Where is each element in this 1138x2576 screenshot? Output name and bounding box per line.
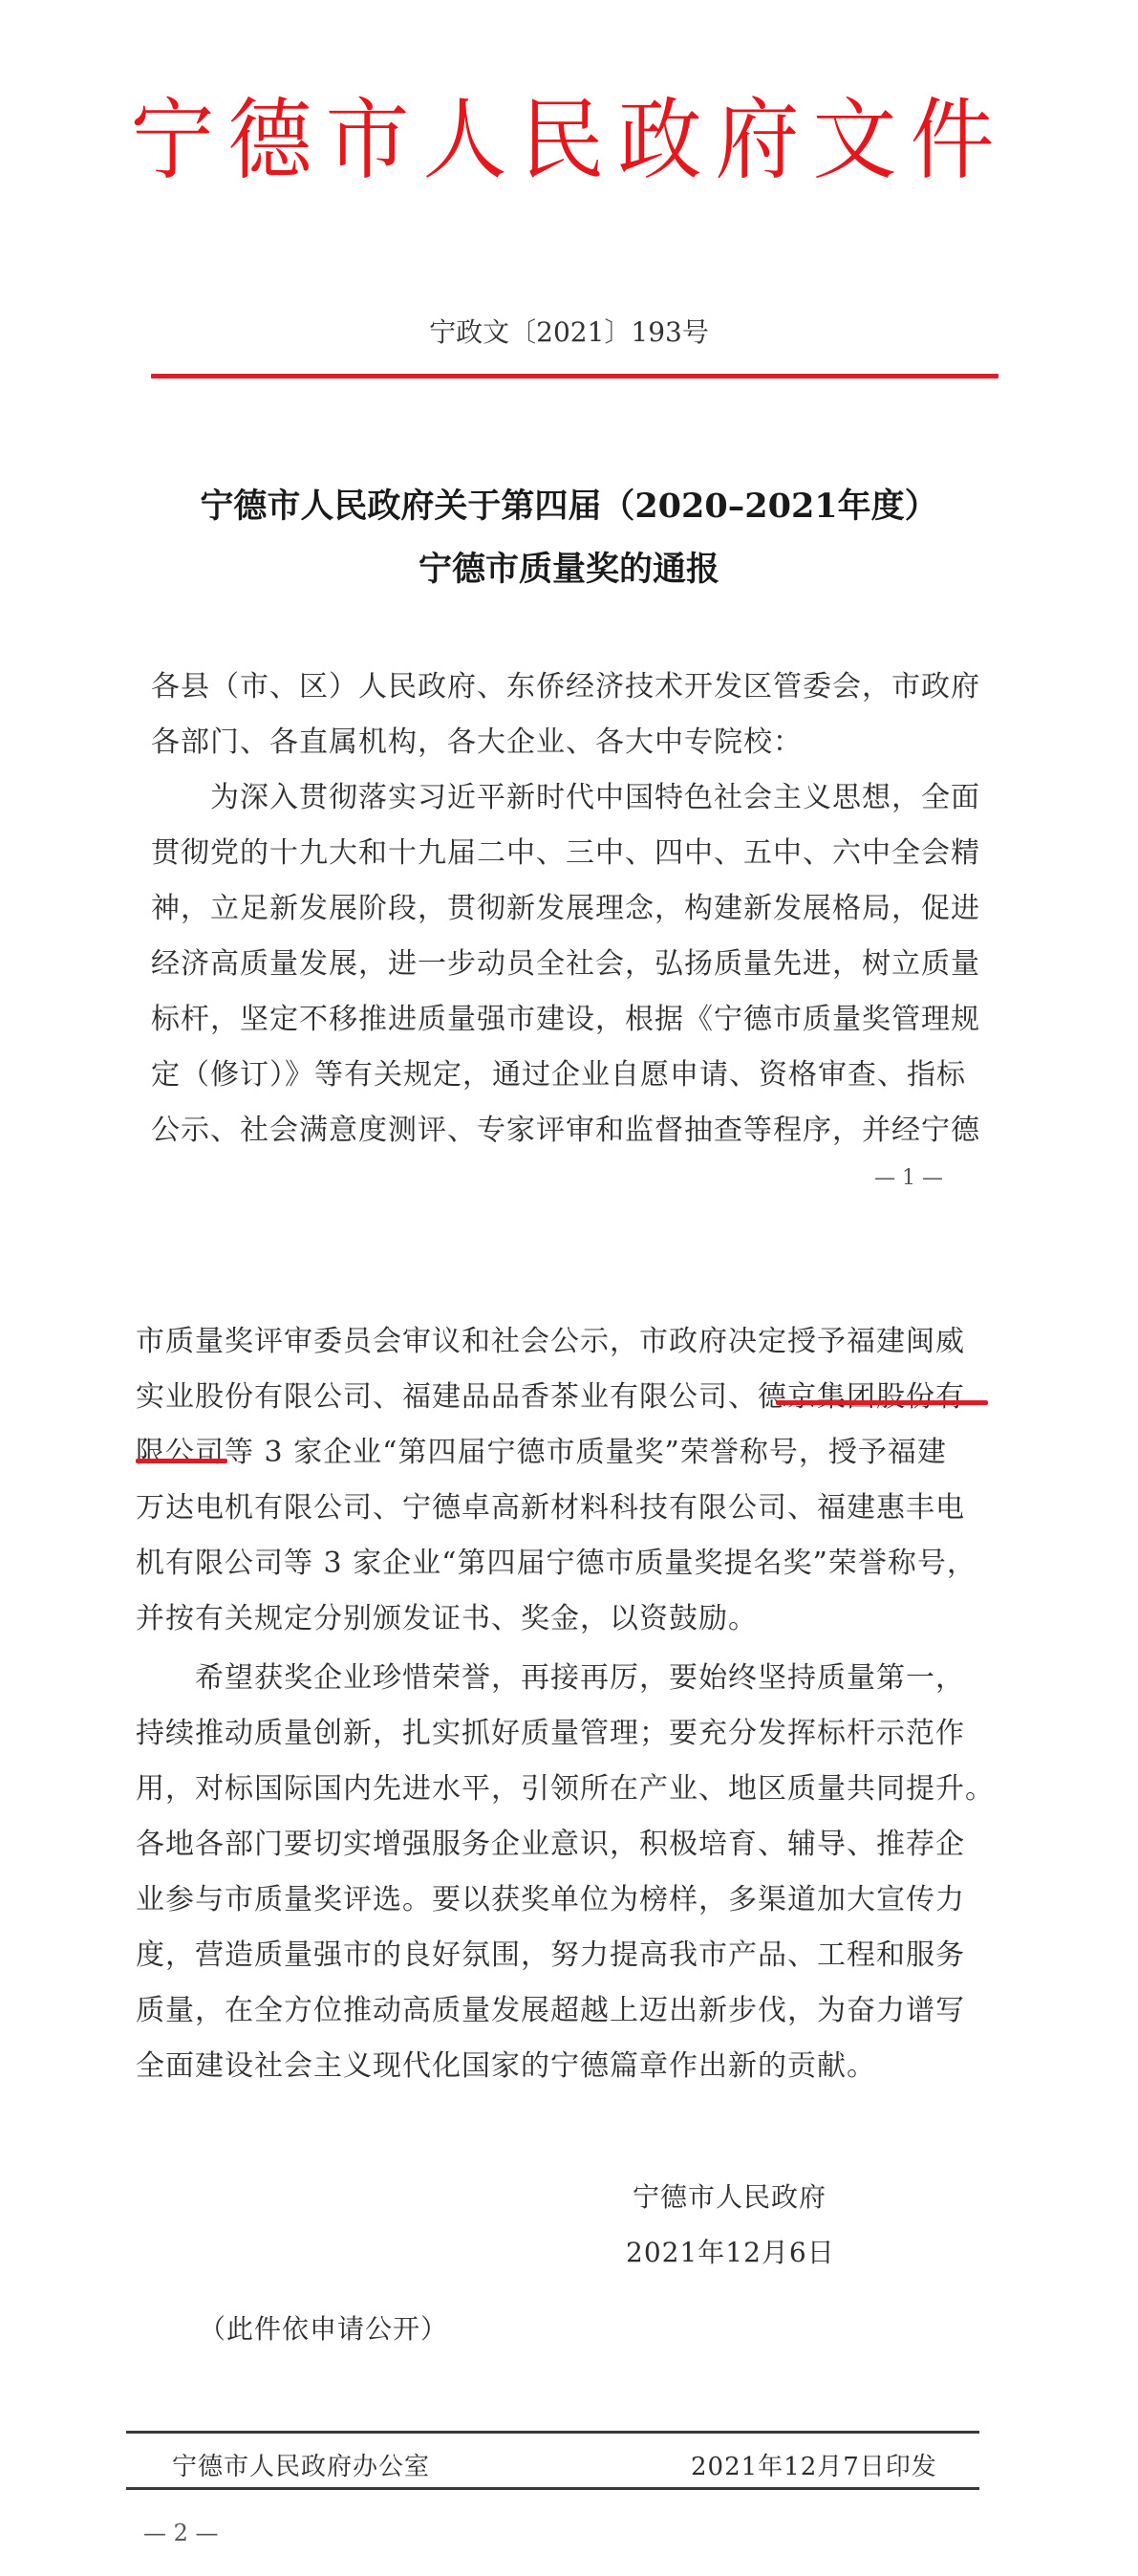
text-line: 公示、社会满意度测评、专家评审和监督抽查等程序，并经宁德 xyxy=(151,1103,992,1158)
document-number: 宁政文〔2021〕193号 xyxy=(0,314,1138,352)
signature-date: 2021年12月6日 xyxy=(626,2225,835,2281)
text-line: 各县（市、区）人民政府、东侨经济技术开发区管委会，市政府 xyxy=(151,660,992,715)
text-line: 度，营造质量强市的良好氛围，努力提高我市产品、工程和服务 xyxy=(136,1928,996,1983)
footer-print-date: 2021年12月7日印发 xyxy=(691,2445,937,2489)
text-line: 限公司等 3 家企业“第四届宁德市质量奖”荣誉称号，授予福建 xyxy=(136,1425,996,1481)
page-2-body: 市质量奖评审委员会审议和社会公示，市政府决定授予福建闽威 实业股份有限公司、福建… xyxy=(136,1314,996,2094)
text-line: 万达电机有限公司、宁德卓高新材料科技有限公司、福建惠丰电 xyxy=(136,1481,996,1536)
highlight-underline-company-part-2 xyxy=(136,1459,227,1463)
disclosure-note: （此件依申请公开） xyxy=(199,2302,448,2357)
text-line: 并按有关规定分别颁发证书、奖金，以资鼓励。 xyxy=(136,1591,996,1647)
text-line: 神，立足新发展阶段，贯彻新发展理念，构建新发展格局，促进 xyxy=(151,881,992,937)
text-line: 用，对标国际国内先进水平，引领所在产业、地区质量共同提升。 xyxy=(136,1762,996,1817)
text-line: 全面建设社会主义现代化国家的宁德篇章作出新的贡献。 xyxy=(136,2039,996,2094)
highlight-underline-company-part-1 xyxy=(776,1400,988,1405)
text-line: 机有限公司等 3 家企业“第四届宁德市质量奖提名奖”荣誉称号， xyxy=(136,1536,996,1591)
text-line: 持续推动质量创新，扎实抓好质量管理；要充分发挥标杆示范作 xyxy=(136,1706,996,1762)
text-line: 贯彻党的十九大和十九届二中、三中、四中、五中、六中全会精 xyxy=(151,826,992,881)
footer-office: 宁德市人民政府办公室 xyxy=(172,2445,430,2489)
text-line: 质量，在全方位推动高质量发展超越上迈出新步伐，为奋力谱写 xyxy=(136,1983,996,2039)
signature-issuer: 宁德市人民政府 xyxy=(633,2170,827,2225)
text-line: 实业股份有限公司、福建品品香茶业有限公司、德京集团股份有 xyxy=(136,1370,996,1425)
red-divider xyxy=(151,374,998,379)
text-line: 为深入贯彻落实习近平新时代中国特色社会主义思想，全面 xyxy=(151,770,992,826)
text-line: 各部门、各直属机构，各大企业、各大中专院校： xyxy=(151,715,992,770)
footer-rule-bottom xyxy=(126,2487,979,2490)
letterhead-title: 宁德市人民政府文件 xyxy=(0,85,1138,196)
text-line: 经济高质量发展，进一步动员全社会，弘扬质量先进，树立质量 xyxy=(151,937,992,992)
footer-rule-top xyxy=(126,2431,979,2434)
page-1-body: 各县（市、区）人民政府、东侨经济技术开发区管委会，市政府 各部门、各直属机构，各… xyxy=(151,660,992,1158)
notice-heading-line-1: 宁德市人民政府关于第四届（2020–2021年度） xyxy=(0,474,1138,539)
page-number-2: — 2 — xyxy=(143,2519,219,2547)
text-line: 标杆，坚定不移推进质量强市建设，根据《宁德市质量奖管理规 xyxy=(151,992,992,1048)
text-line: 业参与市质量奖评选。要以获奖单位为榜样，多渠道加大宣传力 xyxy=(136,1872,996,1928)
text-line: 市质量奖评审委员会审议和社会公示，市政府决定授予福建闽威 xyxy=(136,1314,996,1370)
text-line: 定（修订）》等有关规定，通过企业自愿申请、资格审查、指标 xyxy=(151,1048,992,1103)
text-line: 各地各部门要切实增强服务企业意识，积极培育、辅导、推荐企 xyxy=(136,1817,996,1872)
page-number-1: — 1 — xyxy=(874,1164,943,1193)
notice-heading-line-2: 宁德市质量奖的通报 xyxy=(0,537,1138,602)
text-line: 希望获奖企业珍惜荣誉，再接再厉，要始终坚持质量第一， xyxy=(136,1651,996,1706)
